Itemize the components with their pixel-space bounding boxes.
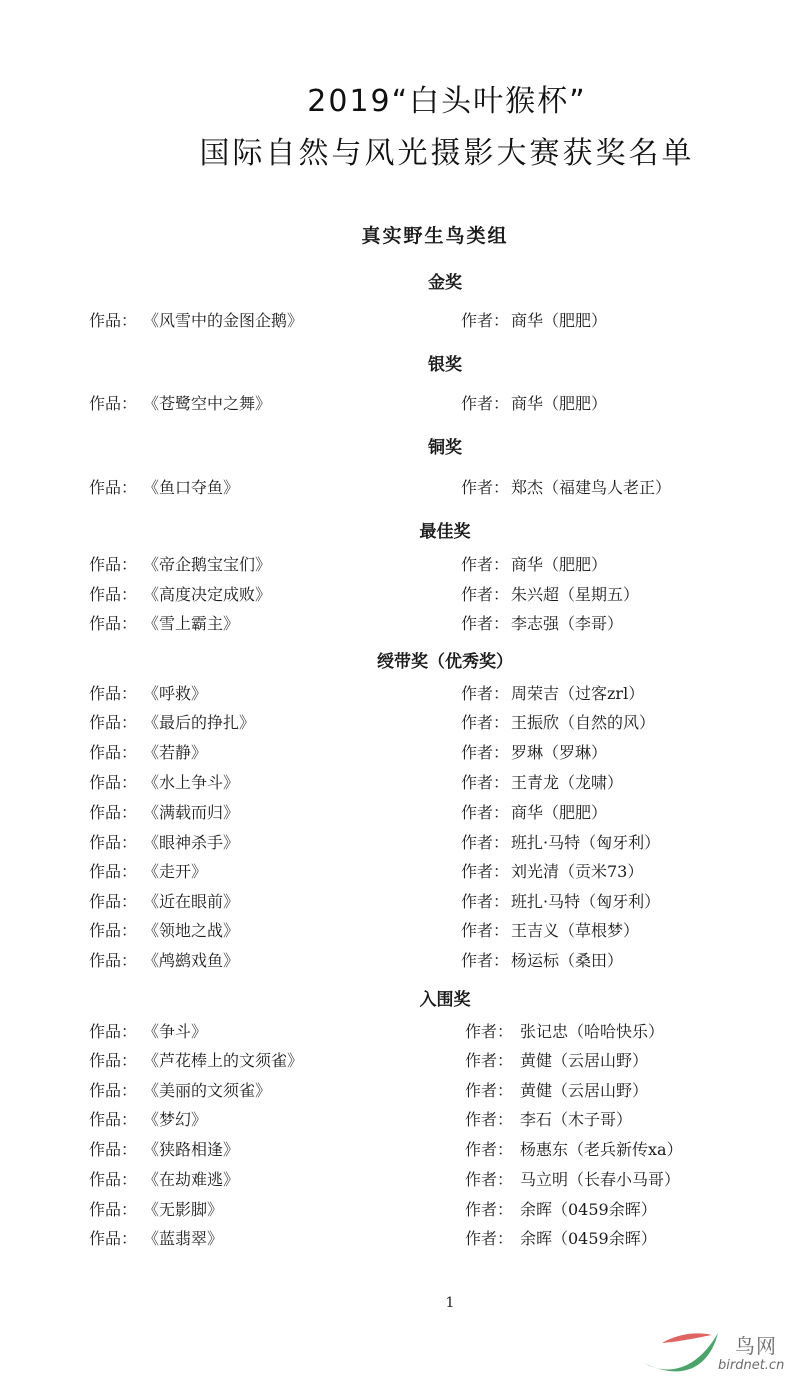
entry-row: 作品： 《无影脚》 作者： 余晖（0459余晖）	[0, 1197, 800, 1221]
work-label: 作品：	[89, 918, 137, 941]
work-title: 《眼神杀手》	[143, 830, 239, 853]
work-label: 作品：	[89, 1019, 137, 1042]
author-name: 黄健（云居山野）	[520, 1048, 648, 1071]
author-name: 罗琳（罗琳）	[511, 740, 607, 763]
work-title: 《无影脚》	[143, 1197, 223, 1220]
entry-row: 作品： 《走开》 作者： 刘光清（贡米73）	[0, 859, 800, 883]
author-name: 余晖（0459余晖）	[520, 1197, 657, 1220]
author-label: 作者：	[461, 582, 509, 605]
work-title: 《帝企鹅宝宝们》	[143, 552, 271, 575]
entry-row: 作品： 《鸬鹚戏鱼》 作者： 杨运标（桑田）	[0, 948, 800, 972]
work-label: 作品：	[89, 710, 137, 733]
author-name: 杨运标（桑田）	[511, 948, 623, 971]
work-label: 作品：	[89, 681, 137, 704]
entry-row: 作品： 《苍鹭空中之舞》 作者： 商华（肥肥）	[0, 391, 800, 415]
work-label: 作品：	[89, 770, 137, 793]
author-name: 李石（木子哥）	[520, 1107, 632, 1130]
birdnet-swoosh-icon	[640, 1325, 740, 1385]
author-name: 商华（肥肥）	[511, 800, 607, 823]
document-title-line-2: 国际自然与风光摄影大赛获奖名单	[47, 128, 800, 172]
work-label: 作品：	[89, 740, 137, 763]
author-label: 作者：	[461, 830, 509, 853]
work-label: 作品：	[89, 1226, 137, 1249]
work-label: 作品：	[89, 391, 137, 414]
entry-row: 作品： 《鱼口夺鱼》 作者： 郑杰（福建鸟人老正）	[0, 475, 800, 499]
author-name: 商华（肥肥）	[511, 308, 607, 331]
author-label: 作者：	[461, 681, 509, 704]
entry-row: 作品： 《最后的挣扎》 作者： 王振欣（自然的风）	[0, 710, 800, 734]
author-name: 王青龙（龙啸）	[511, 770, 623, 793]
work-label: 作品：	[89, 308, 137, 331]
author-label: 作者：	[461, 740, 509, 763]
entry-row: 作品： 《美丽的文须雀》 作者： 黄健（云居山野）	[0, 1078, 800, 1102]
work-label: 作品：	[89, 1167, 137, 1190]
author-name: 余晖（0459余晖）	[520, 1226, 657, 1249]
author-label: 作者：	[461, 800, 509, 823]
work-title: 《鸬鹚戏鱼》	[143, 948, 239, 971]
author-name: 商华（肥肥）	[511, 391, 607, 414]
author-name: 马立明（长春小马哥）	[520, 1167, 680, 1190]
work-label: 作品：	[89, 552, 137, 575]
work-label: 作品：	[89, 948, 137, 971]
work-title: 《梦幻》	[143, 1107, 207, 1130]
author-name: 黄健（云居山野）	[520, 1078, 648, 1101]
entry-row: 作品： 《满载而归》 作者： 商华（肥肥）	[0, 800, 800, 824]
entry-row: 作品： 《帝企鹅宝宝们》 作者： 商华（肥肥）	[0, 552, 800, 576]
work-label: 作品：	[89, 1137, 137, 1160]
work-title: 《呼救》	[143, 681, 207, 704]
author-name: 班扎·马特（匈牙利）	[511, 889, 660, 912]
author-name: 王振欣（自然的风）	[511, 710, 655, 733]
author-label: 作者：	[461, 611, 509, 634]
work-title: 《争斗》	[143, 1019, 207, 1042]
author-label: 作者：	[465, 1019, 513, 1042]
work-title: 《在劫难逃》	[143, 1167, 239, 1190]
entry-row: 作品： 《芦花棒上的文须雀》 作者： 黄健（云居山野）	[0, 1048, 800, 1072]
work-label: 作品：	[89, 1197, 137, 1220]
author-name: 周荣吉（过客zrl）	[511, 681, 644, 704]
watermark-text-en: birdnet.cn	[718, 1358, 784, 1373]
author-label: 作者：	[461, 889, 509, 912]
author-label: 作者：	[461, 918, 509, 941]
author-label: 作者：	[461, 475, 509, 498]
work-label: 作品：	[89, 611, 137, 634]
entry-row: 作品： 《水上争斗》 作者： 王青龙（龙啸）	[0, 770, 800, 794]
entry-row: 作品： 《若静》 作者： 罗琳（罗琳）	[0, 740, 800, 764]
author-name: 郑杰（福建鸟人老正）	[511, 475, 671, 498]
work-label: 作品：	[89, 582, 137, 605]
work-title: 《高度决定成败》	[143, 582, 271, 605]
work-title: 《走开》	[143, 859, 207, 882]
work-label: 作品：	[89, 1078, 137, 1101]
author-label: 作者：	[461, 770, 509, 793]
entry-row: 作品： 《梦幻》 作者： 李石（木子哥）	[0, 1107, 800, 1131]
author-name: 杨惠东（老兵新传xa）	[520, 1137, 683, 1160]
author-label: 作者：	[461, 391, 509, 414]
work-title: 《芦花棒上的文须雀》	[143, 1048, 303, 1071]
work-title: 《苍鹭空中之舞》	[143, 391, 271, 414]
author-label: 作者：	[465, 1226, 513, 1249]
work-label: 作品：	[89, 800, 137, 823]
author-name: 班扎·马特（匈牙利）	[511, 830, 660, 853]
work-title: 《美丽的文须雀》	[143, 1078, 271, 1101]
work-title: 《满载而归》	[143, 800, 239, 823]
group-heading: 真实野生鸟类组	[0, 221, 800, 248]
entry-row: 作品： 《狭路相逢》 作者： 杨惠东（老兵新传xa）	[0, 1137, 800, 1161]
author-label: 作者：	[461, 710, 509, 733]
entry-row: 作品： 《领地之战》 作者： 王吉义（草根梦）	[0, 918, 800, 942]
entry-row: 作品： 《在劫难逃》 作者： 马立明（长春小马哥）	[0, 1167, 800, 1191]
author-label: 作者：	[461, 948, 509, 971]
entry-row: 作品： 《蓝翡翠》 作者： 余晖（0459余晖）	[0, 1226, 800, 1250]
author-name: 王吉义（草根梦）	[511, 918, 639, 941]
entry-row: 作品： 《争斗》 作者： 张记忠（哈哈快乐）	[0, 1019, 800, 1043]
award-heading-gold: 金奖	[0, 268, 800, 293]
work-label: 作品：	[89, 1107, 137, 1130]
entry-row: 作品： 《眼神杀手》 作者： 班扎·马特（匈牙利）	[0, 830, 800, 854]
author-label: 作者：	[465, 1137, 513, 1160]
work-title: 《若静》	[143, 740, 207, 763]
entry-row: 作品： 《雪上霸主》 作者： 李志强（李哥）	[0, 611, 800, 635]
author-label: 作者：	[461, 859, 509, 882]
award-heading-bronze: 铜奖	[0, 433, 800, 458]
author-label: 作者：	[465, 1078, 513, 1101]
author-name: 朱兴超（星期五）	[511, 582, 639, 605]
author-label: 作者：	[465, 1197, 513, 1220]
award-heading-shortlist: 入围奖	[0, 985, 800, 1010]
work-title: 《鱼口夺鱼》	[143, 475, 239, 498]
entry-row: 作品： 《高度决定成败》 作者： 朱兴超（星期五）	[0, 582, 800, 606]
document-page: 2019“白头叶猴杯” 国际自然与风光摄影大赛获奖名单 真实野生鸟类组 金奖 作…	[0, 0, 800, 1395]
work-title: 《领地之战》	[143, 918, 239, 941]
author-label: 作者：	[465, 1107, 513, 1130]
author-label: 作者：	[465, 1167, 513, 1190]
work-label: 作品：	[89, 475, 137, 498]
work-title: 《水上争斗》	[143, 770, 239, 793]
work-label: 作品：	[89, 889, 137, 912]
award-heading-best: 最佳奖	[0, 517, 800, 542]
entry-row: 作品： 《风雪中的金图企鹅》 作者： 商华（肥肥）	[0, 308, 800, 332]
page-number: 1	[440, 1295, 460, 1311]
document-title-line-1: 2019“白头叶猴杯”	[47, 76, 800, 120]
work-title: 《风雪中的金图企鹅》	[143, 308, 303, 331]
author-label: 作者：	[465, 1048, 513, 1071]
author-label: 作者：	[461, 308, 509, 331]
work-title: 《蓝翡翠》	[143, 1226, 223, 1249]
work-label: 作品：	[89, 830, 137, 853]
watermark-text-cn: 鸟网	[735, 1330, 777, 1359]
author-name: 商华（肥肥）	[511, 552, 607, 575]
work-title: 《雪上霸主》	[143, 611, 239, 634]
work-label: 作品：	[89, 1048, 137, 1071]
work-label: 作品：	[89, 859, 137, 882]
author-name: 刘光清（贡米73）	[511, 859, 643, 882]
author-name: 张记忠（哈哈快乐）	[520, 1019, 664, 1042]
entry-row: 作品： 《近在眼前》 作者： 班扎·马特（匈牙利）	[0, 889, 800, 913]
work-title: 《最后的挣扎》	[143, 710, 255, 733]
work-title: 《狭路相逢》	[143, 1137, 239, 1160]
author-label: 作者：	[461, 552, 509, 575]
work-title: 《近在眼前》	[143, 889, 239, 912]
award-heading-silver: 银奖	[0, 350, 800, 375]
author-name: 李志强（李哥）	[511, 611, 623, 634]
entry-row: 作品： 《呼救》 作者： 周荣吉（过客zrl）	[0, 681, 800, 705]
award-heading-ribbon: 绶带奖（优秀奖）	[0, 647, 800, 672]
